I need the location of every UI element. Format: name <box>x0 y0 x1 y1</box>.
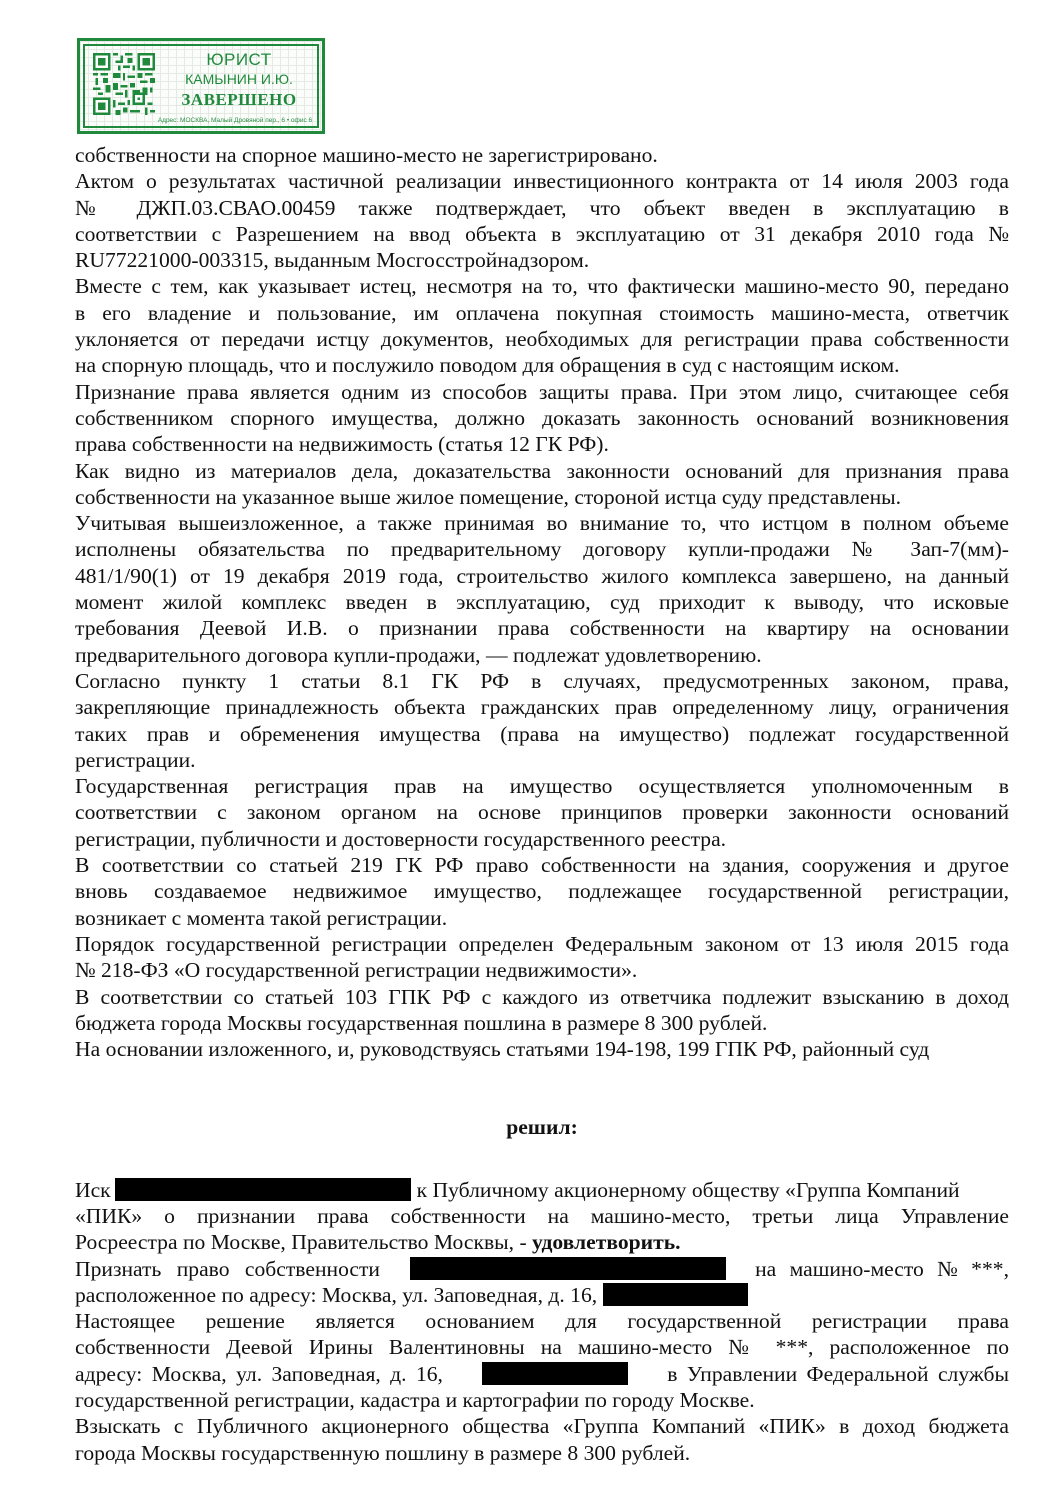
text-line: 481/1/90(1) от 19 декабря 2019 года, стр… <box>75 563 1009 589</box>
text-line: Признание права является одним из способ… <box>75 379 1009 405</box>
paragraph: Согласно пункту 1 статьи 8.1 ГК РФ в слу… <box>75 668 1009 773</box>
text-line: права собственности на недвижимость (ста… <box>75 431 1009 457</box>
text-line: бюджета города Москвы государственная по… <box>75 1010 1009 1036</box>
text-line: соответствии с Разрешением на ввод объек… <box>75 221 1009 247</box>
decision-heading: решил: <box>75 1114 1009 1140</box>
paragraph: Признание права является одним из способ… <box>75 379 1009 458</box>
decision-line: адресу: Москва, ул. Заповедная, д. 16,в … <box>75 1361 1009 1387</box>
stamp-address: Адрес: МОСКВА, Малый Дровяной пер., 6 • … <box>155 117 315 124</box>
paragraph: Порядок государственной регистрации опре… <box>75 931 1009 984</box>
text-line: собственником спорного имущества, должно… <box>75 405 1009 431</box>
text-line: предварительного договора купли-продажи,… <box>75 642 1009 668</box>
decision-line: Искк Публичному акционерному обществу «Г… <box>75 1177 1009 1203</box>
text-line: уклоняется от передачи истцу документов,… <box>75 326 1009 352</box>
redacted-block <box>603 1283 748 1306</box>
paragraph: Актом о результатах частичной реализации… <box>75 168 1009 273</box>
decision-line: «ПИК» о признании права собственности на… <box>75 1203 1009 1229</box>
paragraph: В соответствии со статьей 103 ГПК РФ с к… <box>75 984 1009 1037</box>
text-line: регистрации, публичности и достоверности… <box>75 826 1009 852</box>
text-line: Как видно из материалов дела, доказатель… <box>75 458 1009 484</box>
text-line: соответствии с законом органом на основе… <box>75 799 1009 825</box>
text-line: собственности на указанное выше жилое по… <box>75 484 1009 510</box>
text-line: регистрации. <box>75 747 1009 773</box>
text-line: требования Деевой И.В. о признании права… <box>75 615 1009 641</box>
decision-line: расположенное по адресу: Москва, ул. Зап… <box>75 1282 1009 1308</box>
text-line: Государственная регистрация прав на имущ… <box>75 773 1009 799</box>
redacted-block <box>482 1362 628 1385</box>
paragraph: Учитывая вышеизложенное, а также принима… <box>75 510 1009 668</box>
text-line: Учитывая вышеизложенное, а также принима… <box>75 510 1009 536</box>
stamp-lawyer-name: КАМЫНИН И.Ю. <box>165 71 313 87</box>
text-line: RU77221000-003315, выданным Мосгосстройн… <box>75 247 1009 273</box>
text-line: момент жилой комплекс введен в эксплуата… <box>75 589 1009 615</box>
paragraph: На основании изложенного, и, руководству… <box>75 1036 1009 1062</box>
text-line: закрепляющие принадлежность объекта граж… <box>75 694 1009 720</box>
paragraph: собственности на спорное машино-место не… <box>75 142 1009 168</box>
document-body: собственности на спорное машино-место не… <box>75 142 1009 1466</box>
text-line: № 218-ФЗ «О государственной регистрации … <box>75 957 1009 983</box>
decision-outcome: удовлетворить. <box>532 1230 681 1254</box>
text-line: В соответствии со статьей 219 ГК РФ прав… <box>75 852 1009 878</box>
text-line: собственности на спорное машино-место не… <box>75 142 1009 168</box>
text-line: исполнены обязательства по предварительн… <box>75 536 1009 562</box>
redacted-block <box>410 1257 726 1280</box>
text-line: Согласно пункту 1 статьи 8.1 ГК РФ в слу… <box>75 668 1009 694</box>
decision-section: Искк Публичному акционерному обществу «Г… <box>75 1177 1009 1466</box>
decision-line: государственной регистрации, кадастра и … <box>75 1387 1009 1413</box>
stamp-status: ЗАВЕРШЕНО <box>165 90 313 110</box>
text-line: Актом о результатах частичной реализации… <box>75 168 1009 194</box>
stamp-inner-border: ЮРИСТ КАМЫНИН И.Ю. ЗАВЕРШЕНО Адрес: МОСК… <box>83 44 319 128</box>
decision-line: Росреестра по Москве, Правительство Моск… <box>75 1229 1009 1255</box>
text-line: В соответствии со статьей 103 ГПК РФ с к… <box>75 984 1009 1010</box>
text-line: Порядок государственной регистрации опре… <box>75 931 1009 957</box>
decision-line: Взыскать с Публичного акционерного общес… <box>75 1413 1009 1439</box>
document-page: ЮРИСТ КАМЫНИН И.Ю. ЗАВЕРШЕНО Адрес: МОСК… <box>0 0 1061 1500</box>
qr-code-icon <box>93 53 155 115</box>
text-line: возникает с момента такой регистрации. <box>75 905 1009 931</box>
decision-line: Настоящее решение является основанием дл… <box>75 1308 1009 1334</box>
text-line: в его владение и пользование, им оплачен… <box>75 300 1009 326</box>
decision-line: собственности Деевой Ирины Валентиновны … <box>75 1334 1009 1360</box>
paragraph: Как видно из материалов дела, доказатель… <box>75 458 1009 511</box>
redacted-block <box>115 1178 411 1201</box>
text-line: На основании изложенного, и, руководству… <box>75 1036 1009 1062</box>
text-line: таких прав и обременения имущества (прав… <box>75 721 1009 747</box>
decision-line: города Москвы государственную пошлину в … <box>75 1440 1009 1466</box>
decision-line: Признать право собственностина машино-ме… <box>75 1256 1009 1282</box>
text-line: вновь создаваемое недвижимое имущество, … <box>75 878 1009 904</box>
lawyer-stamp: ЮРИСТ КАМЫНИН И.Ю. ЗАВЕРШЕНО Адрес: МОСК… <box>77 38 325 134</box>
reasoning-section: собственности на спорное машино-место не… <box>75 142 1009 1062</box>
paragraph: Вместе с тем, как указывает истец, несмо… <box>75 273 1009 378</box>
stamp-title: ЮРИСТ <box>165 50 313 70</box>
text-line: на спорную площадь, что и послужило пово… <box>75 352 1009 378</box>
paragraph: Государственная регистрация прав на имущ… <box>75 773 1009 852</box>
text-line: № ДЖП.03.СВАО.00459 также подтверждает, … <box>75 195 1009 221</box>
paragraph: В соответствии со статьей 219 ГК РФ прав… <box>75 852 1009 931</box>
text-line: Вместе с тем, как указывает истец, несмо… <box>75 273 1009 299</box>
